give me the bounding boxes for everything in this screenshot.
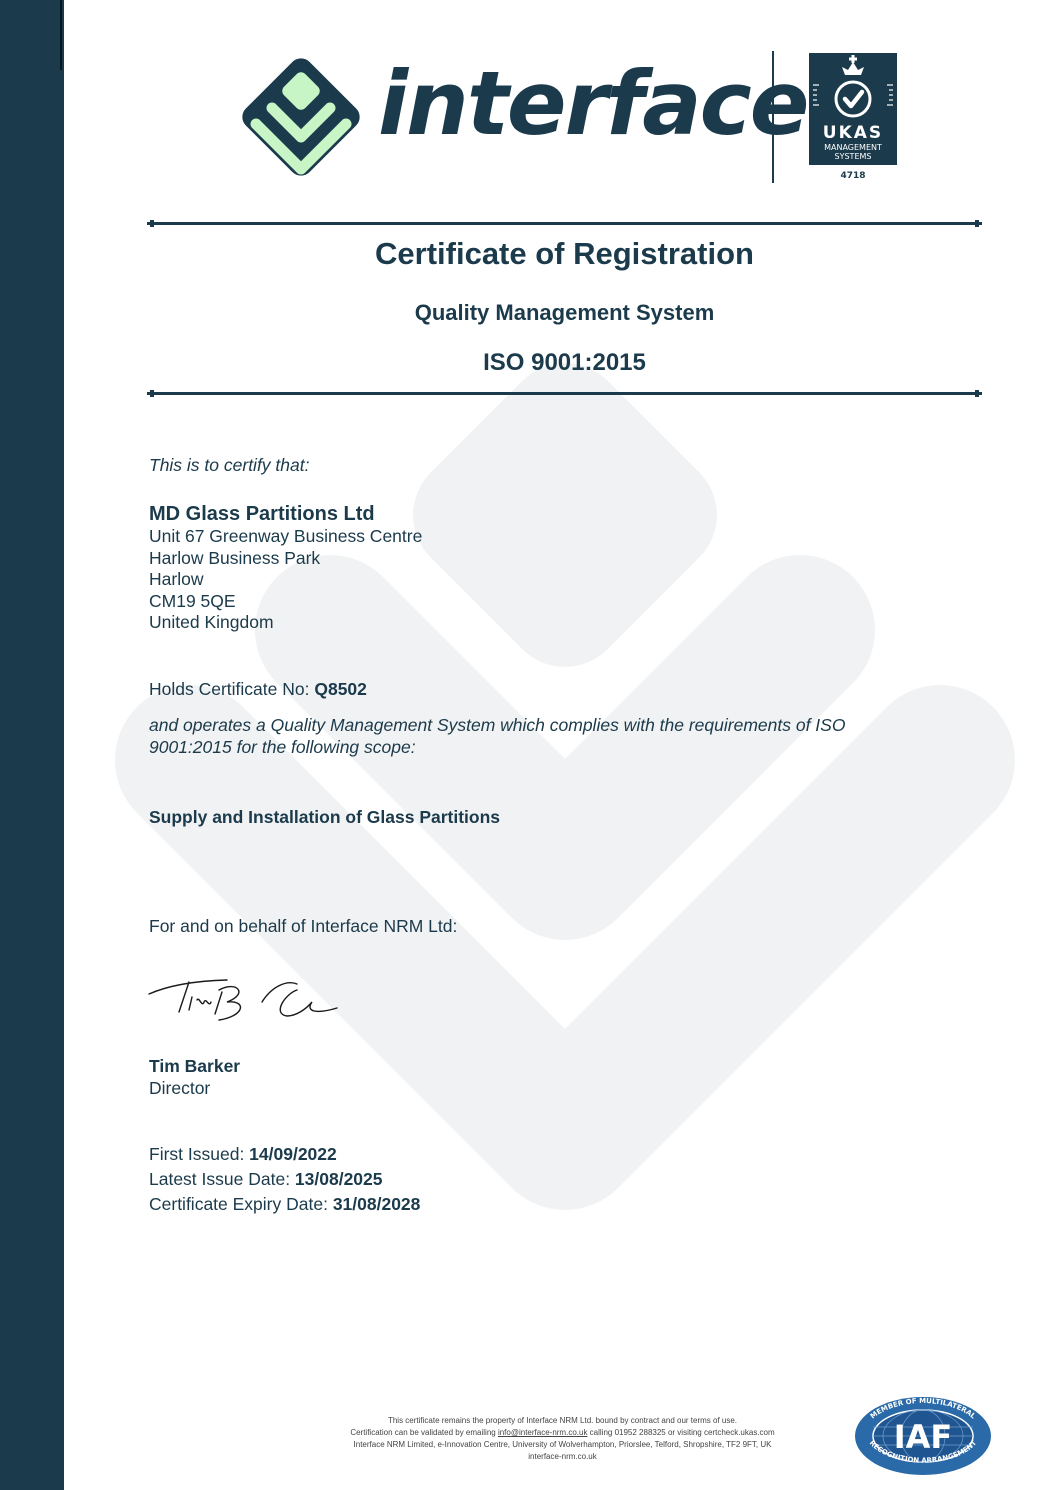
footer-legal: This certificate remains the property of… (290, 1415, 835, 1463)
address-line: Unit 67 Greenway Business Centre (149, 526, 422, 548)
address-line: United Kingdom (149, 612, 422, 634)
ukas-line1: MANAGEMENT (809, 143, 897, 152)
crown-check-icon (809, 53, 897, 123)
interface-logo-icon (236, 50, 366, 184)
date-expiry: Certificate Expiry Date: 31/08/2028 (149, 1192, 420, 1217)
behalf-text: For and on behalf of Interface NRM Ltd: (149, 916, 457, 938)
signatory-name: Tim Barker (149, 1056, 240, 1078)
ukas-label: UKAS (809, 123, 897, 143)
certificate-title: Certificate of Registration (147, 236, 982, 272)
address-line: Harlow Business Park (149, 548, 422, 570)
footer-line2: Certification can be validated by emaili… (290, 1427, 835, 1439)
date-latest-issue: Latest Issue Date: 13/08/2025 (149, 1167, 420, 1192)
date-first-issued: First Issued: 14/09/2022 (149, 1142, 420, 1167)
sidebar-band (0, 0, 64, 1490)
footer-website: interface-nrm.co.uk (290, 1451, 835, 1463)
svg-text:IAF: IAF (894, 1418, 953, 1456)
address-line: CM19 5QE (149, 591, 422, 613)
ukas-badge: UKAS MANAGEMENT SYSTEMS (809, 53, 897, 165)
iaf-badge-icon: IAF MEMBER OF MULTILATERAL RECOGNITION A… (853, 1395, 993, 1477)
company-name: MD Glass Partitions Ltd (149, 502, 422, 526)
dates-block: First Issued: 14/09/2022 Latest Issue Da… (149, 1142, 420, 1217)
footer-line1: This certificate remains the property of… (290, 1415, 835, 1427)
ukas-number: 4718 (809, 171, 897, 181)
sidebar-edge-mark (60, 0, 62, 70)
header-divider (772, 51, 774, 183)
certificate-subtitle: Quality Management System (147, 300, 982, 326)
certificate-standard: ISO 9001:2015 (147, 349, 982, 377)
certificate-number-label: Holds Certificate No: (149, 679, 314, 699)
scope-text: Supply and Installation of Glass Partiti… (149, 807, 500, 829)
certificate-number-row: Holds Certificate No: Q8502 (149, 679, 367, 701)
footer-line3: Interface NRM Limited, e-Innovation Cent… (290, 1439, 835, 1451)
footer-email-link[interactable]: info@interface-nrm.co.uk (498, 1428, 588, 1437)
signature-icon (147, 972, 347, 1027)
bottom-rule (147, 392, 982, 395)
signatory-role: Director (149, 1078, 240, 1100)
certificate-number: Q8502 (314, 679, 367, 699)
compliance-statement: and operates a Quality Management System… (149, 715, 929, 758)
ukas-line2: SYSTEMS (809, 152, 897, 161)
brand-name: interface (378, 60, 807, 148)
intro-text: This is to certify that: (149, 455, 309, 477)
signatory-block: Tim Barker Director (149, 1056, 240, 1099)
company-block: MD Glass Partitions Ltd Unit 67 Greenway… (149, 502, 422, 634)
address-line: Harlow (149, 569, 422, 591)
top-rule (147, 222, 982, 225)
